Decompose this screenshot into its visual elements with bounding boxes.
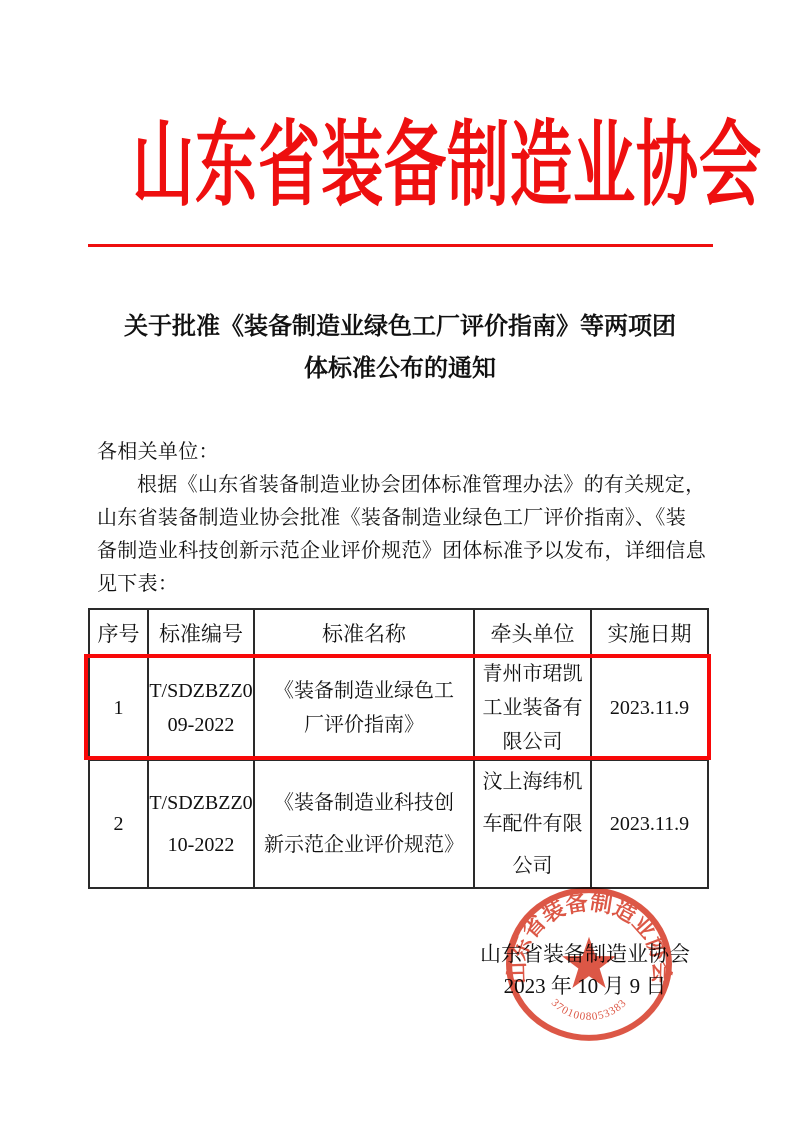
notice-title-line-1: 关于批准《装备制造业绿色工厂评价指南》等两项团 <box>40 306 760 348</box>
signature-org: 山东省装备制造业协会 <box>435 938 735 970</box>
notice-title-line-2: 体标准公布的通知 <box>40 348 760 390</box>
header-serial-no: 序号 <box>89 609 148 656</box>
header-implementation-date: 实施日期 <box>591 609 708 656</box>
body-line: 备制造业科技创新示范企业评价规范》团体标准予以发布，详细信息 <box>97 535 709 568</box>
cell-standard-name: 《装备制造业科技创 新示范企业评价规范》 <box>254 760 474 888</box>
signature-date: 2023 年 10 月 9 日 <box>435 970 735 1002</box>
notice-title: 关于批准《装备制造业绿色工厂评价指南》等两项团 体标准公布的通知 <box>40 306 760 390</box>
table-row: 1 T/SDZBZZ0 09-2022 《装备制造业绿色工 厂评价指南》 青州市… <box>89 656 708 760</box>
signature-block: 山东省装备制造业协会 2023 年 10 月 9 日 <box>435 938 735 1002</box>
cell-standard-code: T/SDZBZZ0 09-2022 <box>148 656 254 760</box>
letterhead-divider-rule <box>88 244 713 247</box>
table-header-row: 序号 标准编号 标准名称 牵头单位 实施日期 <box>89 609 708 656</box>
cell-lead-unit: 青州市珺凯 工业装备有 限公司 <box>474 656 591 760</box>
body-line: 山东省装备制造业协会批准《装备制造业绿色工厂评价指南》、《装 <box>97 502 709 535</box>
cell-implementation-date: 2023.11.9 <box>591 760 708 888</box>
cell-implementation-date: 2023.11.9 <box>591 656 708 760</box>
header-standard-code: 标准编号 <box>148 609 254 656</box>
cell-serial-no: 2 <box>89 760 148 888</box>
header-standard-name: 标准名称 <box>254 609 474 656</box>
cell-standard-code: T/SDZBZZ0 10-2022 <box>148 760 254 888</box>
body-line: 根据《山东省装备制造业协会团体标准管理办法》的有关规定， <box>97 469 709 502</box>
header-lead-unit: 牵头单位 <box>474 609 591 656</box>
document-page: 山东省装备制造业协会 关于批准《装备制造业绿色工厂评价指南》等两项团 体标准公布… <box>0 0 800 1131</box>
body-line: 见下表： <box>97 568 709 601</box>
cell-lead-unit: 汶上海纬机 车配件有限 公司 <box>474 760 591 888</box>
cell-standard-name: 《装备制造业绿色工 厂评价指南》 <box>254 656 474 760</box>
body-salutation: 各相关单位： <box>97 436 709 469</box>
table-row: 2 T/SDZBZZ0 10-2022 《装备制造业科技创 新示范企业评价规范》… <box>89 760 708 888</box>
cell-serial-no: 1 <box>89 656 148 760</box>
standards-table: 序号 标准编号 标准名称 牵头单位 实施日期 1 T/SDZBZZ0 09-20… <box>88 608 709 889</box>
notice-body: 各相关单位： 根据《山东省装备制造业协会团体标准管理办法》的有关规定， 山东省装… <box>97 436 709 601</box>
letterhead-org-title: 山东省装备制造业协会 <box>132 112 668 222</box>
